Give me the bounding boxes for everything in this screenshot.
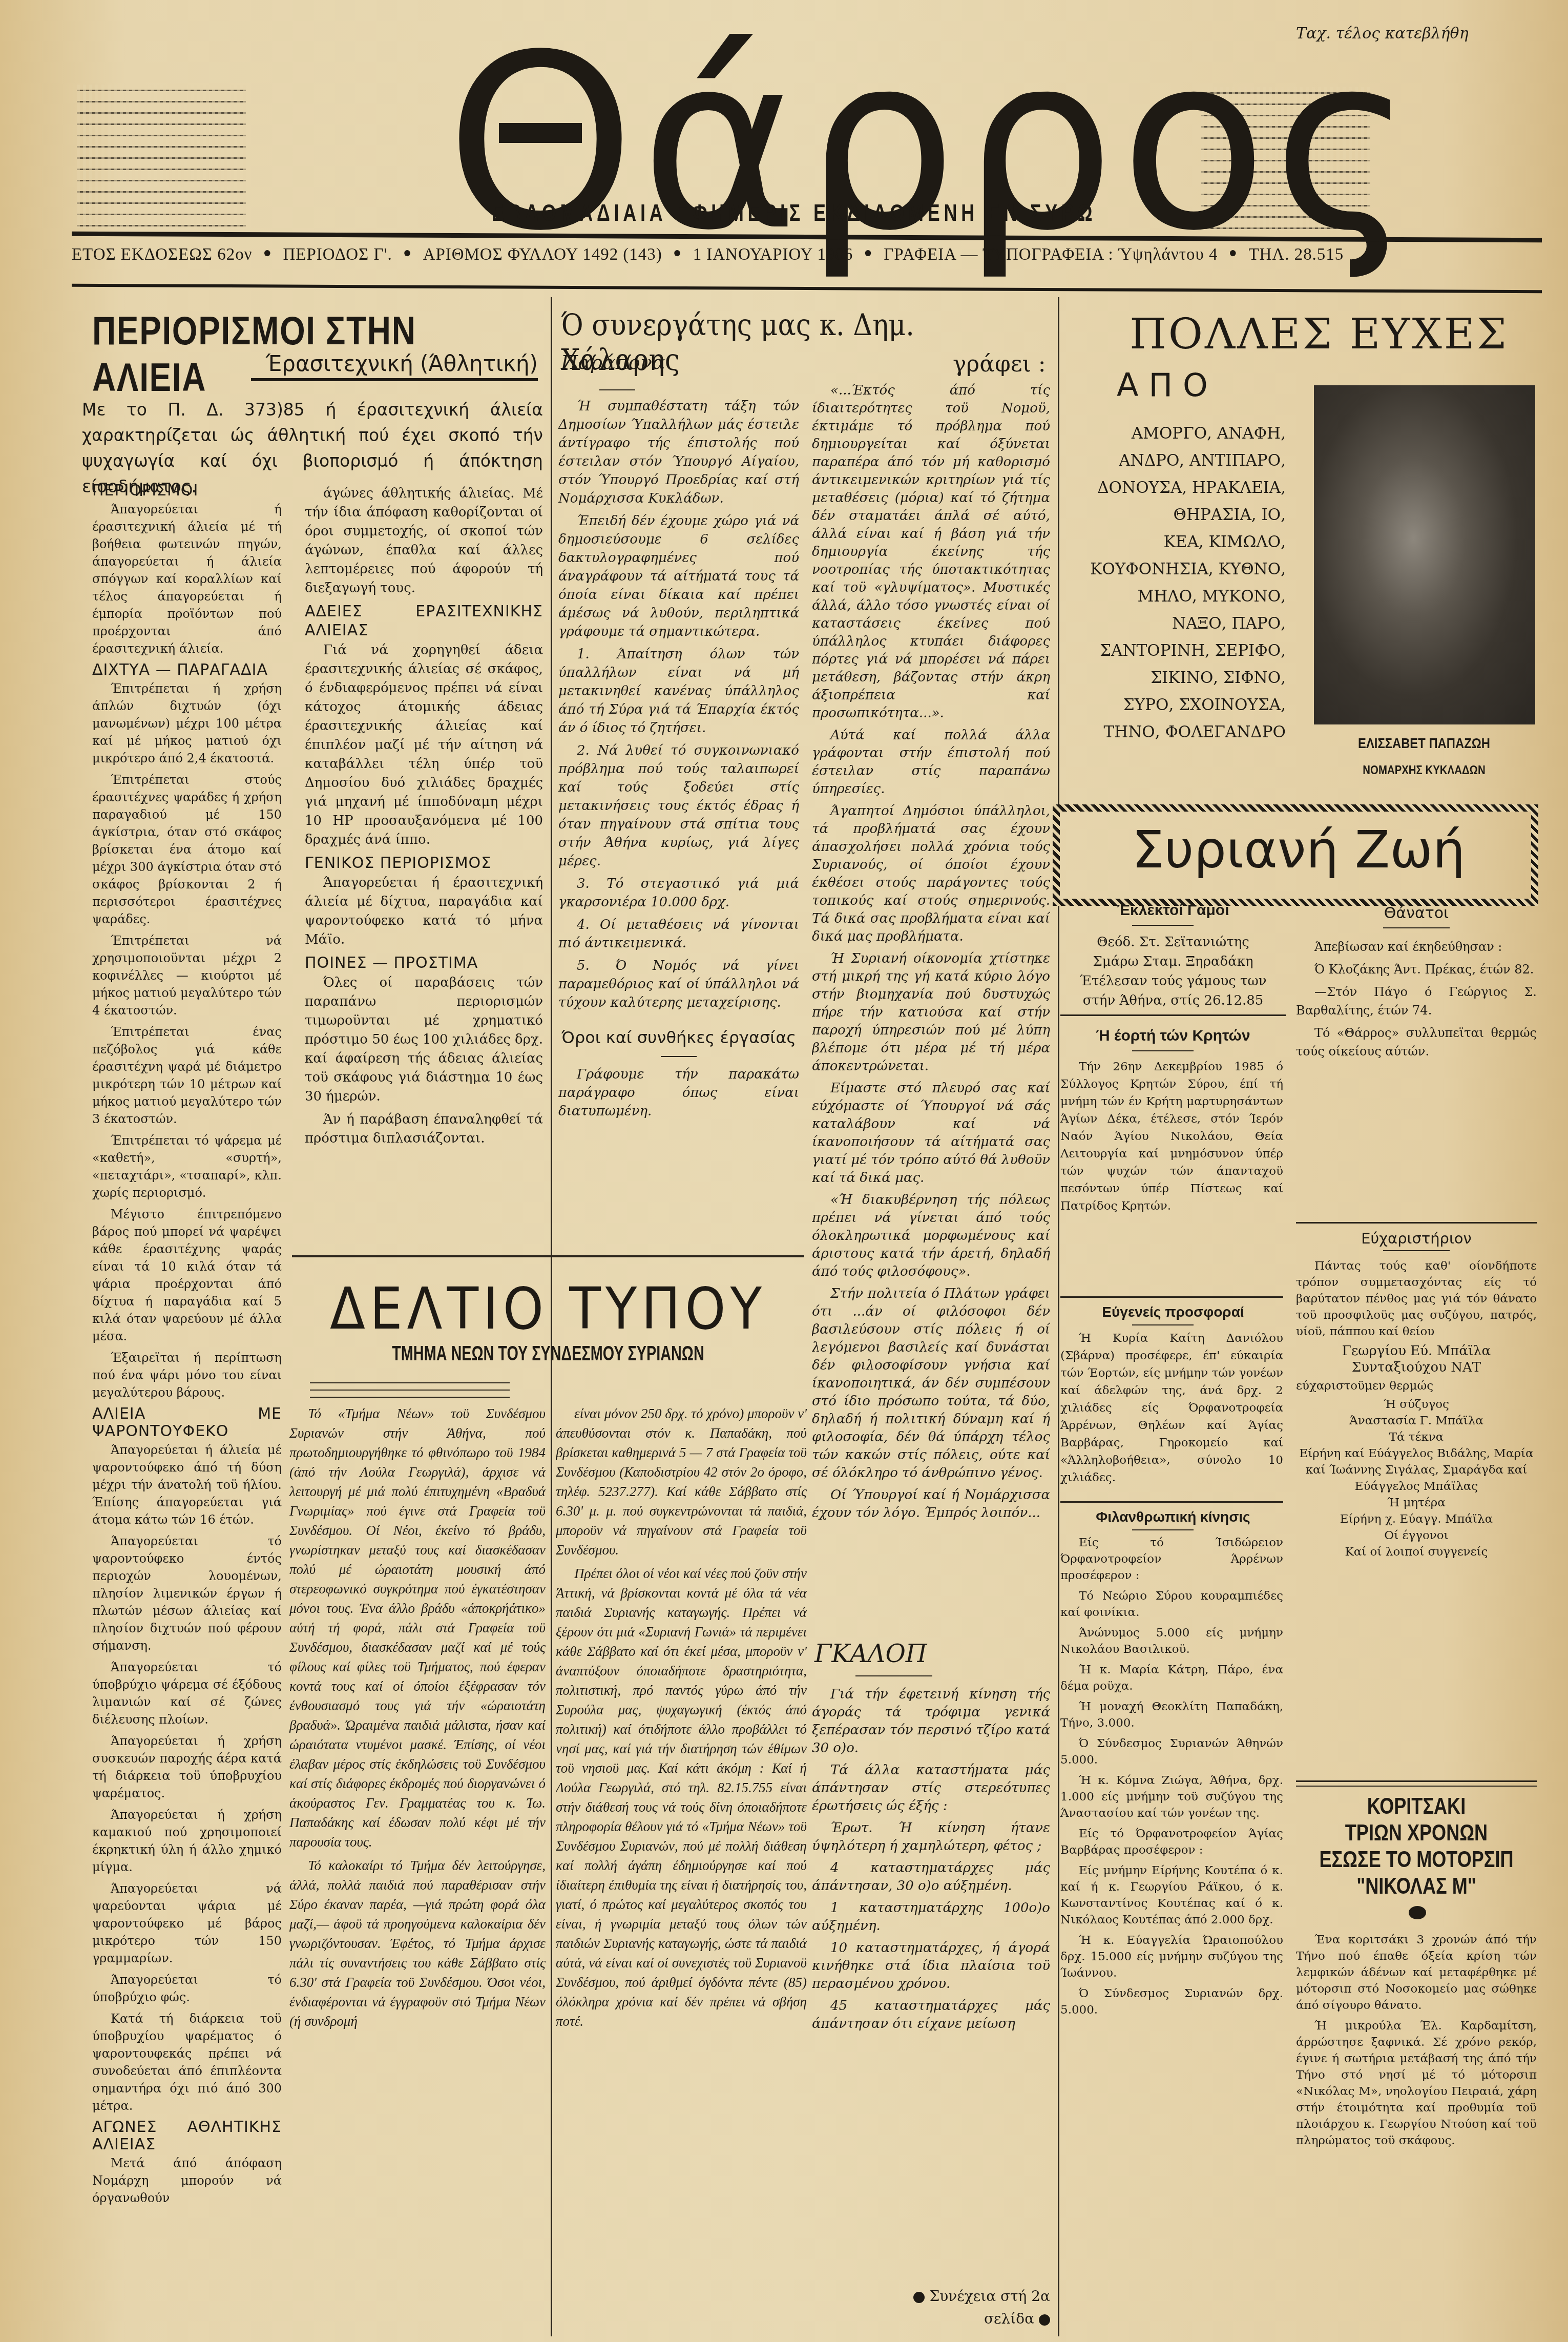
paragraph: Γιά τήν έφετεινή κίνηση τής άγοράς τά τρ…: [812, 1686, 1050, 1757]
rule: [1060, 1501, 1283, 1503]
halaris-column-2: «...Έκτός άπό τίς ίδιαιτερότητες τοϋ Νομ…: [812, 382, 1050, 1642]
bullet-icon: [1039, 2314, 1050, 2326]
issue-number: ΑΡΙΘΜΟΣ ΦΥΛΛΟΥ 1492 (143): [423, 245, 662, 264]
paragraph: —Στόν Πάγο ό Γεώργιος Σ. Βαρθαλίτης, έτώ…: [1296, 983, 1537, 1020]
thanks-line: εύχαριστοϋμεν θερμώς: [1296, 1378, 1537, 1394]
charity-head: Φιλανθρωπική κίνησις: [1065, 1509, 1281, 1525]
newspaper-subtitle: ΕΒΔΟΜΑΔΙΑΙΑ ΕΦΗΜΕΡΙΣ ΕΚΔΙΔΟΜΕΝΗ ΕΝ ΣΥΡΩ: [454, 199, 1134, 226]
paragraph: Κατά τή διάρκεια τοϋ ύποβρυχίου ψαρέματο…: [92, 2010, 282, 2115]
wave-ornament: [310, 1378, 510, 1399]
offers-head: Εύγενείς προσφοραί: [1065, 1304, 1281, 1320]
section-subhead: ΔΙΧΤΥΑ — ΠΑΡΑΓΑΔΙΑ: [92, 661, 282, 679]
deaths-text: Άπεβίωσαν καί έκηδεύθησαν :Ό Κλοζάκης Άν…: [1296, 938, 1537, 1065]
paragraph: Ή κ. Εύαγγελία Ώραιοπούλου δρχ. 15.000 ε…: [1060, 1932, 1283, 1981]
paragraph: Τό «Θάρρος» συλλυπεϊται θερμώς τούς οίκε…: [1296, 1024, 1537, 1061]
column-divider: [1058, 297, 1059, 2336]
weddings-head: Έκλεκτοί Γάμοι: [1065, 902, 1281, 919]
paragraph: Μέγιστο έπιτρεπόμενο βάρος πού μπορεί νά…: [92, 1206, 282, 1345]
rescue-body: Ένα κοριτσάκι 3 χρονών άπό τήν Τήνο πού …: [1296, 1932, 1537, 2153]
paragraph: Στήν πολιτεία ό Πλάτων γράφει ότι ...άν …: [812, 1285, 1050, 1482]
paragraph: Ή συμπαθέστατη τάξη τών Δημοσίων Ύπαλλήλ…: [558, 397, 799, 508]
fishing-column-1: ΠΕΡΙΟΡΙΣΜΟΙΆπαγορεύεται ή έρασιτεχνική ά…: [92, 479, 282, 2334]
paragraph: Άπαγορεύεται τό ύποβρύχιο φώς.: [92, 1971, 282, 2006]
issue-period: ΠΕΡΙΟΔΟΣ Γ'.: [283, 245, 392, 264]
issue-info-bar: ΕΤΟΣ ΕΚΔΟΣΕΩΣ 62ον● ΠΕΡΙΟΔΟΣ Γ'.● ΑΡΙΘΜΟ…: [72, 245, 1463, 264]
paragraph: Πρέπει όλοι οί νέοι καί νέες πού ζοϋν στ…: [556, 1564, 807, 2031]
paragraph: 4. Οί μεταθέσεις νά γίνονται πιό άντικει…: [558, 916, 799, 952]
paragraph: Ή Συριανή οίκονομία χτίστηκε στή μικρή τ…: [812, 950, 1050, 1075]
cretans-head: Ή έορτή τών Κρητών: [1065, 1027, 1281, 1045]
deceased-title: Συνταξιούχου ΝΑΤ: [1296, 1359, 1537, 1376]
issue-year: ΕΤΟΣ ΕΚΔΟΣΕΩΣ 62ον: [72, 245, 252, 264]
island-line: ΑΝΔΡΟ, ΑΝΤΙΠΑΡΟ,: [1065, 447, 1286, 474]
headline-line: ΤΡΙΩΝ ΧΡΟΝΩΝ: [1318, 1820, 1515, 1847]
headline-line: ΚΟΡΙΤΣΑΚΙ: [1318, 1793, 1515, 1820]
paragraph: Ένα κοριτσάκι 3 χρονών άπό τήν Τήνο πού …: [1296, 1932, 1537, 2014]
paragraph: άγώνες άθλητικής άλιείας. Μέ τήν ίδια άπ…: [305, 484, 543, 598]
paragraph: Ό Κλοζάκης Άντ. Πρέκας, έτών 82.: [1296, 960, 1537, 979]
island-line: ΚΟΥΦΟΝΗΣΙΑ, ΚΥΘΝΟ,: [1065, 556, 1286, 583]
paragraph: Άπαγορεύεται ή έρασιτεχνική άλιεία μέ τή…: [92, 501, 282, 657]
rule: [292, 1255, 804, 1257]
paragraph: Ό Σύνδεσμος Συριανών Άθηνών 5.000.: [1060, 1735, 1283, 1768]
section-subhead: ΓΕΝΙΚΟΣ ΠΕΡΙΟΡΙΣΜΟΣ: [305, 854, 543, 873]
signature-role: Οί έγγονοι: [1296, 1527, 1537, 1544]
press-subhead: ΤΜΗΜΑ ΝΕΩΝ ΤΟΥ ΣΥΝΔΕΣΜΟΥ ΣΥΡΙΑΝΩΝ: [360, 1342, 736, 1365]
paragraph: Έπιτρέπεται νά χρησιμοποιοϋνται μέχρι 2 …: [92, 932, 282, 1019]
rule: [1296, 1222, 1537, 1224]
gallop-body: Γιά τήν έφετεινή κίνηση τής άγοράς τά τρ…: [812, 1686, 1050, 2275]
signature-role: Τά τέκνα: [1296, 1429, 1537, 1445]
continued-link[interactable]: Συνέχεια στή 2α σελίδα: [929, 2288, 1050, 2327]
wedding-line: Σμάρω Σταμ. Ξηραδάκη: [1060, 952, 1286, 971]
paragraph: Έρωτ. Ή κίνηση ήτανε ύψηλότερη ή χαμηλώτ…: [812, 1819, 1050, 1855]
rule: [855, 1675, 932, 1676]
paragraph: 4 καταστηματάρχες μάς άπάντησαν, 30 ο)ο …: [812, 1859, 1050, 1895]
press-column-2: είναι μόνον 250 δρχ. τό χρόνο) μποροϋν ν…: [556, 1404, 807, 2336]
paragraph: 45 καταστηματάρχες μάς άπάντησαν ότι είχ…: [812, 1997, 1050, 2033]
halaris-column-1: Ή συμπαθέστατη τάξη τών Δημοσίων Ύπαλλήλ…: [558, 397, 799, 1217]
masthead-wave-ornament-left: [77, 85, 246, 228]
wedding-line: στήν Άθήνα, στίς 26.12.85: [1060, 991, 1286, 1010]
signature-names: Άναστασία Γ. Μπάϊλα: [1296, 1413, 1537, 1429]
paragraph: Γιά νά χορηγηθεί άδεια έρασιτεχνικής άλι…: [305, 641, 543, 849]
continued-note: Συνέχεια στή 2α σελίδα: [871, 2285, 1050, 2330]
thanks-text: Πάντας τούς καθ' οίονδήποτε τρόπον συμμε…: [1296, 1258, 1537, 1560]
paragraph: Έπιτρέπεται ή χρήση άπλών διχτυών (όχι μ…: [92, 680, 282, 767]
rule: [1296, 1786, 1537, 1787]
fishing-column-2: άγώνες άθλητικής άλιείας. Μέ τήν ίδια άπ…: [305, 484, 543, 1319]
section-subhead: ΑΓΩΝΕΣ ΑΘΛΗΤΙΚΗΣ ΑΛΙΕΙΑΣ: [92, 2119, 282, 2153]
paragraph: Άπαγορεύεται τό ψαροντούφεκο έντός περιο…: [92, 1532, 282, 1654]
paragraph: Ή κ. Κόμνα Ζιώγα, Άθήνα, δρχ. 1.000 είς …: [1060, 1772, 1283, 1821]
paragraph: Άπαγορεύεται ή χρήση συσκευών παροχής άέ…: [92, 1732, 282, 1802]
paragraph: Είς μνήμην Είρήνης Κουτέπα ό κ. καί ή κ.…: [1060, 1862, 1283, 1928]
signature-names: Είρήνη χ. Εύαγγ. Μπάϊλα: [1296, 1511, 1537, 1527]
paragraph: 5. Ό Νομός νά γίνει παραμεθόριος καί οί …: [558, 957, 799, 1012]
paragraph: Τά άλλα καταστήματα μάς άπάντησαν στίς σ…: [812, 1761, 1050, 1815]
section-subhead: ΑΔΕΙΕΣ ΕΡΑΣΙΤΕΧΝΙΚΗΣ ΑΛΙΕΙΑΣ: [305, 602, 543, 640]
paragraph: Ή μοναχή Θεοκλίτη Παπαδάκη, Τήνο, 3.000.: [1060, 1698, 1283, 1731]
paragraph: Όλες οί παραβάσεις τών παραπάνω περιορισ…: [305, 973, 543, 1106]
rule: [1296, 1780, 1537, 1782]
paragraph: Έπιτρέπεται τό ψάρεμα μέ «καθετή», «συρτ…: [92, 1132, 282, 1201]
rule: [1132, 925, 1194, 926]
deceased-name: Γεωργίου Εύ. Μπάϊλα: [1296, 1343, 1537, 1359]
island-line: ΜΗΛΟ, ΜΥΚΟΝΟ,: [1065, 583, 1286, 610]
masthead-rule-bottom: [72, 284, 1542, 294]
paragraph: 10 καταστηματάρχες, ή άγορά κινήθηκε στά…: [812, 1939, 1050, 1993]
paragraph: Τό Νεώριο Σύρου κουραμπιέδες καί φοινίκι…: [1060, 1588, 1283, 1621]
island-line: ΝΑΞΟ, ΠΑΡΟ,: [1065, 610, 1286, 637]
paragraph: Τό καλοκαίρι τό Τμήμα δέν λειτούργησε, ά…: [289, 1856, 546, 2031]
paragraph: Είμαστε στό πλευρό σας καί εύχόμαστε οί …: [812, 1080, 1050, 1187]
paragraph: Άπαγορεύεται τό ύποβρύχιο ψάρεμα σέ έξόδ…: [92, 1659, 282, 1728]
offers-text: Ή Κυρία Καίτη Δανιόλου (Σβάρνα) προσέφερ…: [1060, 1330, 1283, 1490]
paragraph: Άπαγορεύεται ή έρασιτεχνική άλιεία μέ δί…: [305, 874, 543, 949]
paragraph: Τό «Τμήμα Νέων» τοϋ Συνδέσμου Συριανών σ…: [289, 1404, 546, 1852]
paragraph: 1 καταστηματάρχης 100ο)ο αύξημένη.: [812, 1899, 1050, 1935]
rule: [1383, 1250, 1450, 1251]
signature-role: Καί οί λοιποί συγγενείς: [1296, 1544, 1537, 1560]
rescue-headline: ΚΟΡΙΤΣΑΚΙΤΡΙΩΝ ΧΡΟΝΩΝΕΣΩΣΕ ΤΟ ΜΟΤΟΡΣΙΠ"Ν…: [1318, 1793, 1515, 1900]
paragraph: Έπιτρέπεται στούς έρασιτέχνες ψαράδες ή …: [92, 771, 282, 928]
section-subhead: ΑΛΙΕΙΑ ΜΕ ΨΑΡΟΝΤΟΥΦΕΚΟ: [92, 1405, 282, 1440]
rule: [1060, 1296, 1283, 1298]
paragraph: Έξαιρεϊται ή περίπτωση πού ένα ψάρι μόνο…: [92, 1349, 282, 1401]
rule: [1132, 1050, 1194, 1051]
island-line: ΣΑΝΤΟΡΙΝΗ, ΣΕΡΙΦΟ,: [1065, 637, 1286, 665]
paragraph: 2. Νά λυθεί τό συγκοινωνιακό πρόβλημα πο…: [558, 741, 799, 871]
issue-offices: ΓΡΑΦΕΙΑ — ΤΥΠΟΓΡΑΦΕΙΑ : Ύψηλάντου 4: [884, 245, 1218, 264]
paragraph: Ή κ. Μαρία Κάτρη, Πάρο, ένα δέμα ροϋχα.: [1060, 1662, 1283, 1694]
weddings-text: Θεόδ. Στ. ΣεϊτανιώτηςΣμάρω Σταμ. Ξηραδάκ…: [1060, 932, 1286, 1010]
signature-role: Ή μητέρα: [1296, 1495, 1537, 1511]
photo-caption-name: ΕΛΙΣΣΑΒΕΤ ΠΑΠΑΖΩΗ: [1328, 735, 1520, 752]
paragraph: είναι μόνον 250 δρχ. τό χρόνο) μποροϋν ν…: [556, 1404, 807, 1560]
island-line: ΣΙΚΙΝΟ, ΣΙΦΝΟ,: [1065, 665, 1286, 692]
wedding-line: Θεόδ. Στ. Σεϊτανιώτης: [1060, 932, 1286, 952]
photo-caption-title: ΝΟΜΑΡΧΗΣ ΚΥΚΛΑΔΩΝ: [1328, 763, 1520, 778]
paragraph: Άγαπητοί Δημόσιοι ύπάλληλοι, τά προβλήμα…: [812, 802, 1050, 946]
paragraph: Άπαγορεύεται ή χρήση καμακιού πού χρησιμ…: [92, 1806, 282, 1876]
cretans-text: Τήν 26ην Δεκεμβρίου 1985 ό Σύλλογος Κρητ…: [1060, 1058, 1283, 1219]
halaris-kicker-left: Παράπονα: [561, 351, 665, 374]
rule: [1383, 927, 1450, 928]
paragraph: Έπιτρέπεται ένας πεζόβολος γιά κάθε έρασ…: [92, 1023, 282, 1128]
portrait-photo: [1314, 385, 1535, 724]
paragraph: Άπεβίωσαν καί έκηδεύθησαν :: [1296, 938, 1537, 956]
section-subhead: ΠΟΙΝΕΣ — ΠΡΟΣΤΙΜΑ: [305, 954, 543, 972]
paragraph: Ή μικρούλα Έλ. Καρδαμίτση, άρρώστησε ξαφ…: [1296, 2018, 1537, 2149]
halaris-tail-paragraph: Γράφουμε τήν παρακάτω παράγραφο όπως είν…: [558, 1065, 799, 1121]
paragraph: Είς τό Όρφανοτροφείον Άγίας Βαρβάρας προ…: [1060, 1826, 1283, 1858]
islands-list: ΑΜΟΡΓΟ, ΑΝΑΦΗ,ΑΝΔΡΟ, ΑΝΤΙΠΑΡΟ,ΔΟΝΟΥΣΑ, Η…: [1065, 420, 1286, 746]
wishes-headline: ΠΟΛΛΕΣ ΕΥΧΕΣ: [1101, 310, 1537, 359]
issue-phone: ΤΗΛ. 28.515: [1248, 245, 1344, 264]
rule: [599, 389, 635, 390]
paragraph: 3. Τό στεγαστικό γιά μιά γκαρσονιέρα 10.…: [558, 875, 799, 911]
island-line: ΚΕΑ, ΚΙΜΩΛΟ,: [1065, 529, 1286, 556]
rule: [1060, 1014, 1286, 1016]
thanks-head: Εύχαριστήριον: [1296, 1230, 1537, 1247]
signature-role: Ή σύζυγος: [1296, 1396, 1537, 1413]
press-headline: ΔΕΛΤΙΟ ΤΥΠΟΥ: [313, 1276, 783, 1342]
headline-line: ΕΣΩΣΕ ΤΟ ΜΟΤΟΡΣΙΠ: [1318, 1847, 1515, 1873]
signature-names: Είρήνη καί Εύάγγελος Βιδάλης, Μαρία καί …: [1296, 1445, 1537, 1495]
deaths-head: Θάνατοι: [1296, 904, 1537, 922]
island-line: ΔΟΝΟΥΣΑ, ΗΡΑΚΛΕΙΑ,: [1065, 474, 1286, 502]
paragraph: Άνώνυμος 5.000 είς μνήμην Νικολάου Βασιλ…: [1060, 1625, 1283, 1657]
paragraph: «Ή διακυβέρνηση τής πόλεως πρέπει νά γίν…: [812, 1191, 1050, 1281]
paragraph: Έπειδή δέν έχουμε χώρο γιά νά δημοσιεύσο…: [558, 512, 799, 641]
wishes-from: ΑΠΟ: [1117, 366, 1218, 404]
issue-date: 1 ΙΑΝΟΥΑΡΙΟΥ 1986: [693, 245, 853, 264]
rule: [661, 1056, 697, 1057]
island-line: ΣΥΡΟ, ΣΧΟΙΝΟΥΣΑ,: [1065, 692, 1286, 719]
halaris-subhead: Όροι καί συνθήκες έργασίας: [558, 1022, 799, 1053]
island-line: ΑΜΟΡΓΟ, ΑΝΑΦΗ,: [1065, 420, 1286, 447]
halaris-kicker-right: γράφει :: [953, 351, 1046, 377]
paragraph: Άπαγορεύεται ή άλιεία μέ ψαροντούφεκο άπ…: [92, 1441, 282, 1528]
paragraph: Ό Σύνδεσμος Συριανών δρχ. 5.000.: [1060, 1985, 1283, 2018]
fishing-kicker: Έρασιτεχνική (Άθλητική): [251, 351, 538, 381]
newspaper-page: Ταχ. τέλος κατεβλήθη Θάρρος ΕΒΔΟΜΑΔΙΑΙΑ …: [0, 0, 1568, 2342]
charity-text: Είς τό Ίσιδώρειον Όρφανοτροφείον Άρρένων…: [1060, 1535, 1283, 2334]
island-line: ΘΗΡΑΣΙΑ, ΙΟ,: [1065, 502, 1286, 529]
section-subhead: ΠΕΡΙΟΡΙΣΜΟΙ: [92, 482, 282, 500]
paragraph: Άν ή παράβαση έπαναληφθεί τά πρόστιμα δι…: [305, 1110, 543, 1148]
bullet-icon: [1409, 1906, 1426, 1919]
headline-line: "ΝΙΚΟΛΑΣ Μ": [1318, 1873, 1515, 1900]
island-line: ΤΗΝΟ, ΦΟΛΕΓΑΝΔΡΟ: [1065, 719, 1286, 746]
rule: [1132, 1324, 1194, 1325]
press-column-1: Τό «Τμήμα Νέων» τοϋ Συνδέσμου Συριανών σ…: [289, 1404, 546, 2336]
paragraph: Άπαγορεύεται νά ψαρεύονται ψάρια μέ ψαρο…: [92, 1880, 282, 1967]
rule: [1132, 1529, 1194, 1530]
paragraph: Είς τό Ίσιδώρειον Όρφανοτροφείον Άρρένων…: [1060, 1535, 1283, 1584]
paragraph: Μετά άπό άπόφαση Νομάρχη μπορούν νά όργα…: [92, 2154, 282, 2207]
syros-life-banner: Συριανή Ζωή: [1055, 820, 1542, 880]
wedding-line: Έτέλεσαν τούς γάμους των: [1060, 971, 1286, 991]
paragraph: Οί Ύπουργοί καί ή Νομάρχισσα έχουν τόν λ…: [812, 1486, 1050, 1522]
paragraph: Αύτά καί πολλά άλλα γράφονται στήν έπιστ…: [812, 727, 1050, 798]
bullet-icon: [913, 2292, 925, 2303]
paragraph: «...Έκτός άπό τίς ίδιαιτερότητες τοϋ Νομ…: [812, 382, 1050, 722]
paragraph: 1. Άπαίτηση όλων τών ύπαλλήλων είναι νά …: [558, 645, 799, 737]
gallop-headline: ΓΚΑΛΟΠ: [814, 1640, 927, 1668]
